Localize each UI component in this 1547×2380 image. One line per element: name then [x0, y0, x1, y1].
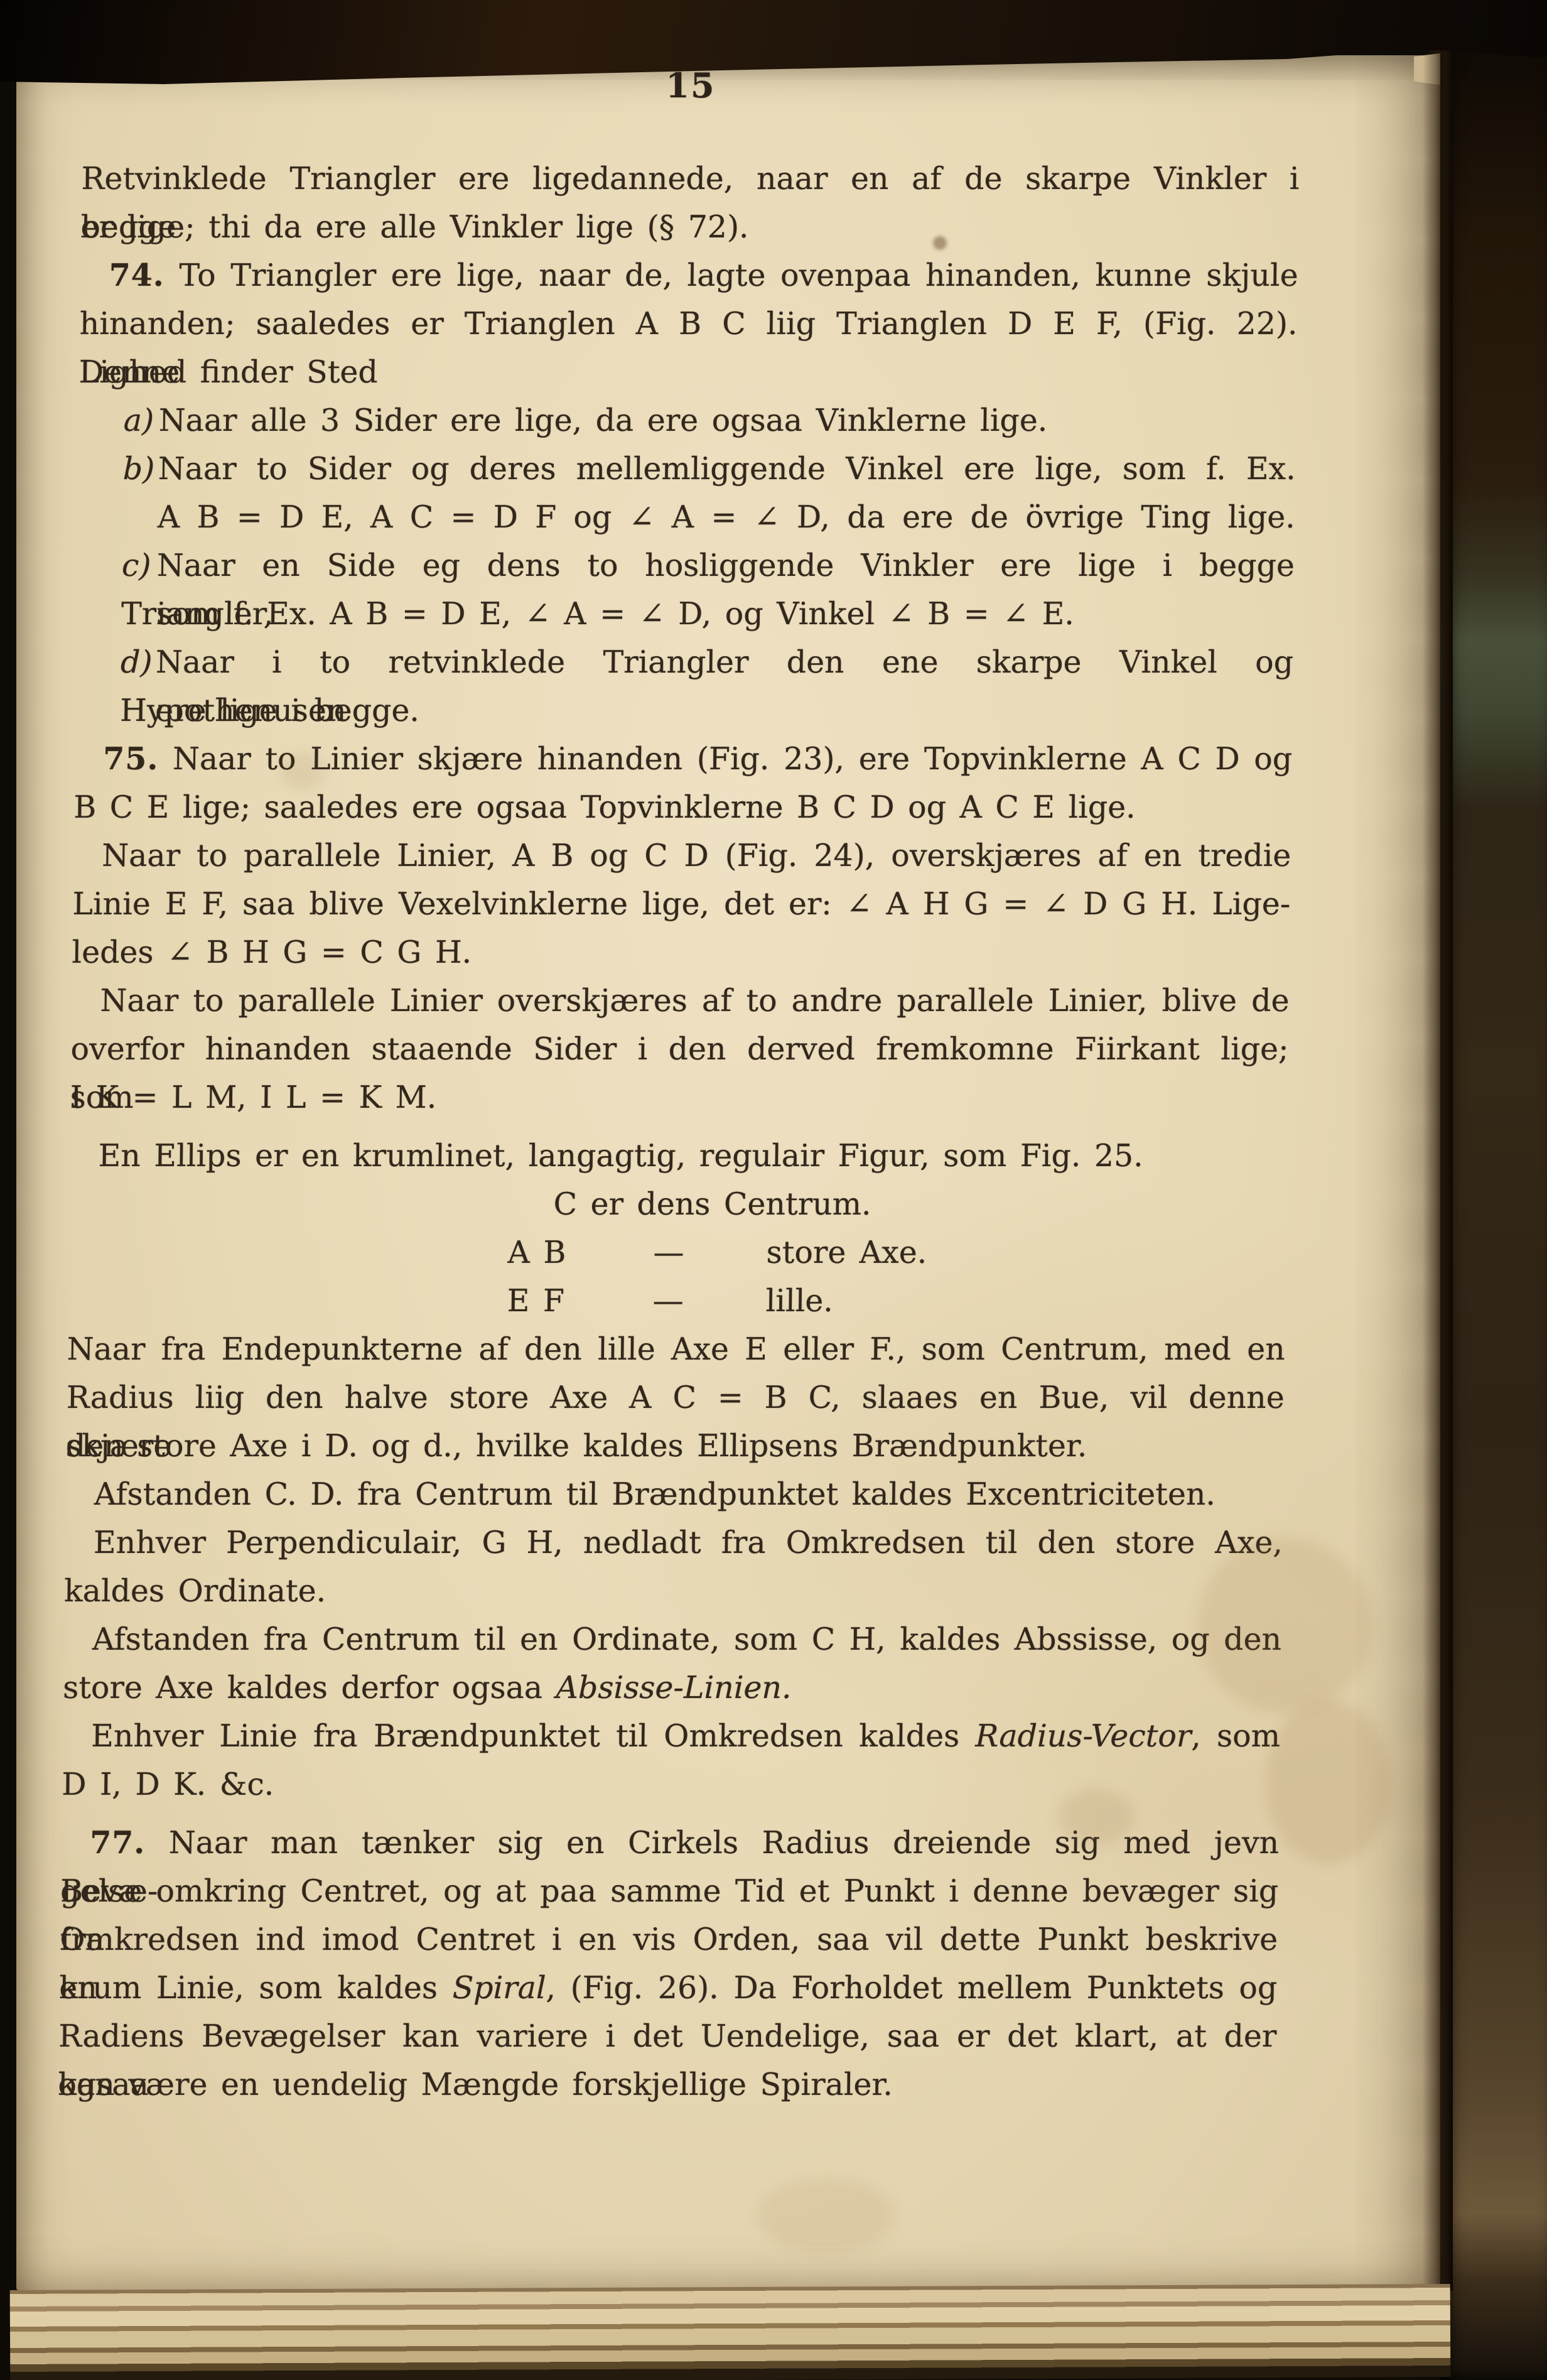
- text-segment: , (Fig. 26). Da Forholdet mellem Punktet…: [546, 1970, 1277, 2006]
- page-stack-bottom-edge: [10, 2284, 1451, 2380]
- text-segment: Naar to Linier skjære hinanden (Fig. 23)…: [158, 741, 1292, 777]
- text-line: c)Naar en Side eg dens to hosliggende Vi…: [77, 541, 1295, 590]
- text-segment: Radius-Vector: [975, 1718, 1192, 1754]
- text-segment: 77.: [90, 1824, 146, 1861]
- text-line: krum Linie, som kaldes Spiral, (Fig. 26)…: [59, 1964, 1278, 2012]
- text-segment: To Triangler ere lige, naar de, lagte ov…: [164, 257, 1298, 293]
- text-segment: er lige; thi da ere alle Vinkler lige (§…: [80, 209, 749, 245]
- text-segment: store Axe.: [766, 1235, 927, 1270]
- text-segment: som f. Ex. A B = D E, ∠ A = ∠ D, og Vink…: [156, 596, 1075, 632]
- text-segment: kaldes Ordinate.: [64, 1573, 326, 1609]
- text-line: E F—lille.: [67, 1277, 1286, 1325]
- text-line: kan være en uendelig Mængde forskjellige…: [58, 2060, 1276, 2109]
- text-line: C er dens Centrum.: [68, 1180, 1287, 1228]
- ink-speck: [0, 516, 11, 526]
- paper-stain: [1266, 1701, 1391, 1864]
- text-segment: 75.: [103, 740, 159, 777]
- text-line: hinanden; saaledes er Trianglen A B C li…: [79, 300, 1298, 348]
- text-line: gelse omkring Centret, og at paa samme T…: [60, 1867, 1279, 1915]
- text-segment: Naar to Sider og deres mellemliggende Vi…: [158, 451, 1296, 487]
- text-line: Naar to parallele Linier, A B og C D (Fi…: [73, 831, 1291, 880]
- text-segment: A B = D E, A C = D F og ∠ A = ∠ D, da er…: [158, 499, 1296, 535]
- text-line: Radiens Bevægelser kan variere i det Uen…: [58, 2012, 1277, 2060]
- text-line: Linie E F, saa blive Vexelvinklerne lige…: [72, 880, 1291, 928]
- text-segment: Lighed finder Sted: [78, 354, 378, 390]
- text-line: Afstanden C. D. fra Centrum til Brændpun…: [65, 1470, 1283, 1518]
- text-segment: —: [653, 1228, 767, 1277]
- text-segment: Enhver Linie fra Brændpunktet til Omkred…: [91, 1718, 976, 1754]
- text-line: kaldes Ordinate.: [64, 1567, 1283, 1615]
- ink-speck: [4, 1088, 14, 1094]
- text-segment: Naar to parallele Linier overskjæres af …: [100, 983, 1290, 1019]
- text-line: Naar fra Endepunkterne af den lille Axe …: [67, 1325, 1285, 1373]
- text-line: ere lige i begge.: [75, 686, 1293, 735]
- text-segment: Naar alle 3 Sider ere lige, da ere ogsaa…: [158, 403, 1047, 438]
- text-segment: B C E lige; saaledes ere ogsaa Topvinkle…: [73, 789, 1136, 825]
- ink-speck: [1, 167, 16, 176]
- text-segment: Afstanden C. D. fra Centrum til Brændpun…: [94, 1476, 1216, 1512]
- text-line: Radius liig den halve store Axe A C = B …: [66, 1373, 1285, 1422]
- text-segment: den store Axe i D. og d., hvilke kaldes …: [66, 1428, 1087, 1464]
- text-segment: 74.: [109, 257, 164, 293]
- text-line: I K = L M, I L = K M.: [70, 1073, 1288, 1122]
- text-segment: Absisse-Linien.: [556, 1670, 792, 1706]
- text-segment: E F: [507, 1277, 653, 1325]
- text-segment: Enhver Perpendiculair, G H, nedladt fra …: [94, 1525, 1283, 1561]
- text-segment: b): [122, 445, 158, 493]
- book-page: 15 Retvinklede Triangler ere ligedannede…: [16, 55, 1440, 2291]
- text-segment: I K = L M, I L = K M.: [70, 1079, 436, 1115]
- text-segment: Afstanden fra Centrum til en Ordinate, s…: [92, 1621, 1282, 1657]
- text-line: store Axe kaldes derfor ogsaa Absisse-Li…: [63, 1663, 1281, 1712]
- text-line: som f. Ex. A B = D E, ∠ A = ∠ D, og Vink…: [76, 590, 1295, 638]
- text-line: a)Naar alle 3 Sider ere lige, da ere ogs…: [78, 396, 1296, 445]
- text-segment: a): [123, 396, 159, 445]
- text-line: Naar to parallele Linier overskjæres af …: [71, 976, 1290, 1025]
- text-segment: , som: [1191, 1718, 1281, 1754]
- text-line: A B—store Axe.: [68, 1228, 1286, 1277]
- text-line: A B = D E, A C = D F og ∠ A = ∠ D, da er…: [77, 493, 1295, 541]
- text-segment: kan være en uendelig Mængde forskjellige…: [58, 2067, 893, 2102]
- text-segment: En Ellips er en krumlinet, langagtig, re…: [98, 1138, 1143, 1174]
- text-line: b)Naar to Sider og deres mellemliggende …: [77, 445, 1296, 493]
- text-segment: Naar fra Endepunkterne af den lille Axe …: [67, 1331, 1285, 1367]
- text-line: 75. Naar to Linier skjære hinanden (Fig.…: [74, 735, 1293, 783]
- ink-speck: [0, 730, 16, 738]
- text-line: overfor hinanden staaende Sider i den de…: [70, 1025, 1289, 1073]
- text-segment: Spiral: [452, 1970, 546, 2006]
- paper-stain: [933, 236, 947, 250]
- scanned-book-page: 15 Retvinklede Triangler ere ligedannede…: [0, 0, 1547, 2380]
- text-segment: Linie E F, saa blive Vexelvinklerne lige…: [72, 886, 1291, 922]
- text-segment: ere lige i begge.: [155, 693, 420, 728]
- text-line: den store Axe i D. og d., hvilke kaldes …: [65, 1422, 1284, 1470]
- paper-stain: [1059, 1788, 1134, 1845]
- paper-stain: [757, 2178, 895, 2253]
- text-segment: d): [121, 638, 156, 686]
- text-line: Enhver Linie fra Brændpunktet til Omkred…: [62, 1712, 1281, 1760]
- text-line: Lighed finder Sted: [78, 348, 1297, 396]
- text-line: Enhver Perpendiculair, G H, nedladt fra …: [65, 1518, 1283, 1567]
- text-line: B C E lige; saaledes ere ogsaa Topvinkle…: [73, 783, 1292, 831]
- text-line: En Ellips er en krumlinet, langagtig, re…: [69, 1132, 1288, 1180]
- text-segment: c): [122, 541, 158, 590]
- text-line: d)Naar i to retvinklede Triangler den en…: [75, 638, 1294, 686]
- text-segment: C er dens Centrum.: [553, 1186, 871, 1222]
- text-segment: A B: [507, 1228, 654, 1277]
- text-segment: D I, D K. &c.: [62, 1766, 274, 1802]
- text-segment: krum Linie, som kaldes: [59, 1970, 453, 2006]
- text-line: Retvinklede Triangler ere ligedannede, n…: [81, 154, 1300, 203]
- text-segment: Naar to parallele Linier, A B og C D (Fi…: [102, 838, 1291, 874]
- text-line: ledes ∠ B H G = C G H.: [72, 928, 1290, 976]
- text-segment: ledes ∠ B H G = C G H.: [72, 934, 472, 970]
- page-gutter-shadow: [1423, 50, 1453, 2291]
- text-line: er lige; thi da ere alle Vinkler lige (§…: [80, 203, 1299, 251]
- text-segment: —: [652, 1277, 766, 1325]
- text-line: Afstanden fra Centrum til en Ordinate, s…: [63, 1615, 1282, 1663]
- paper-stain: [280, 752, 324, 790]
- book-cover-right-edge: [1440, 0, 1547, 2380]
- text-segment: lille.: [765, 1283, 833, 1319]
- text-line: Omkredsen ind imod Centret i en vis Orde…: [60, 1915, 1278, 1964]
- text-line: 74. To Triangler ere lige, naar de, lagt…: [80, 251, 1298, 300]
- paper-stain: [1197, 1537, 1372, 1713]
- text-segment: store Axe kaldes derfor ogsaa: [63, 1670, 556, 1706]
